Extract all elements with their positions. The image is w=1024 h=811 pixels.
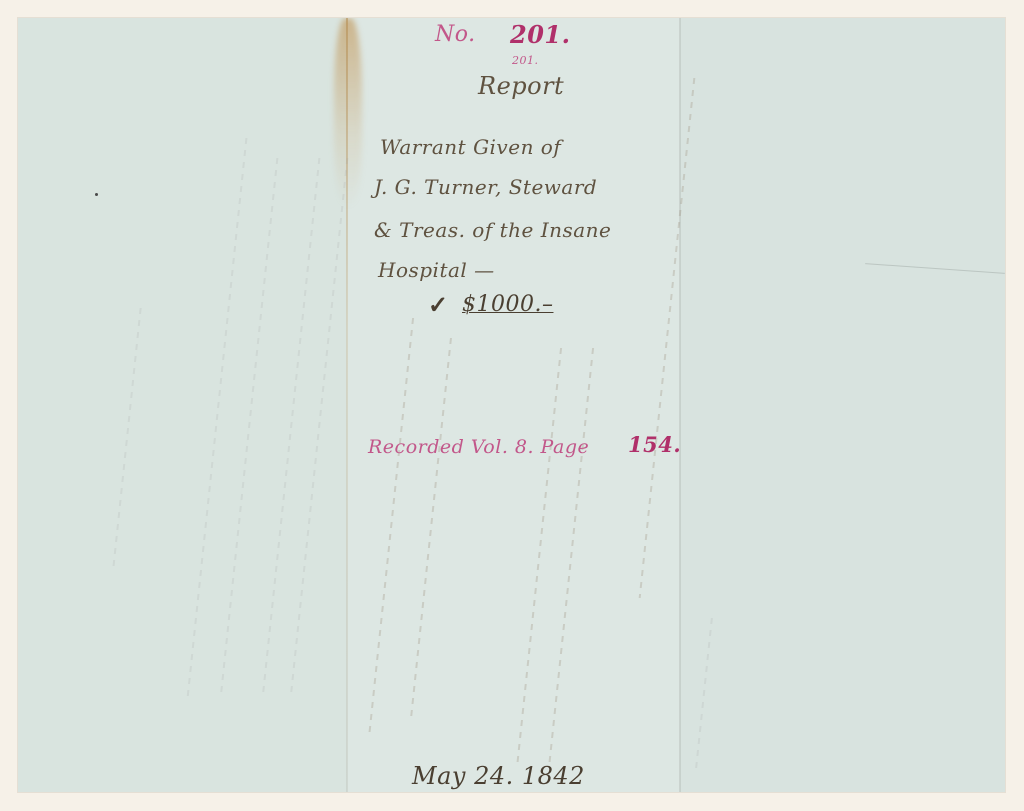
recorded-annotation: Recorded Vol. 8. Page [368, 436, 589, 458]
body-line-steward: J. G. Turner, Steward [374, 175, 597, 199]
docket-title: Report [478, 72, 564, 100]
right-fold-crease [679, 18, 681, 792]
body-line-hospital: Hospital — [378, 258, 495, 282]
docket-number-label: No. [435, 22, 476, 47]
ink-spot [95, 193, 98, 196]
recorded-page-number: 154. [628, 432, 681, 457]
docket-number-subscript: 201. [512, 54, 539, 67]
right-fold-panel [680, 18, 1005, 792]
check-mark-icon: ✓ [428, 290, 449, 319]
document-date: May 24. 1842 [412, 762, 585, 790]
left-fold-panel [18, 18, 347, 792]
body-line-warrant: Warrant Given of [380, 135, 561, 159]
docket-number-value: 201. [510, 20, 570, 49]
warrant-amount: $1000.– [462, 292, 553, 317]
left-fold-crease [346, 18, 348, 792]
body-line-treasurer: & Treas. of the Insane [374, 218, 611, 242]
rust-stain [334, 18, 362, 208]
